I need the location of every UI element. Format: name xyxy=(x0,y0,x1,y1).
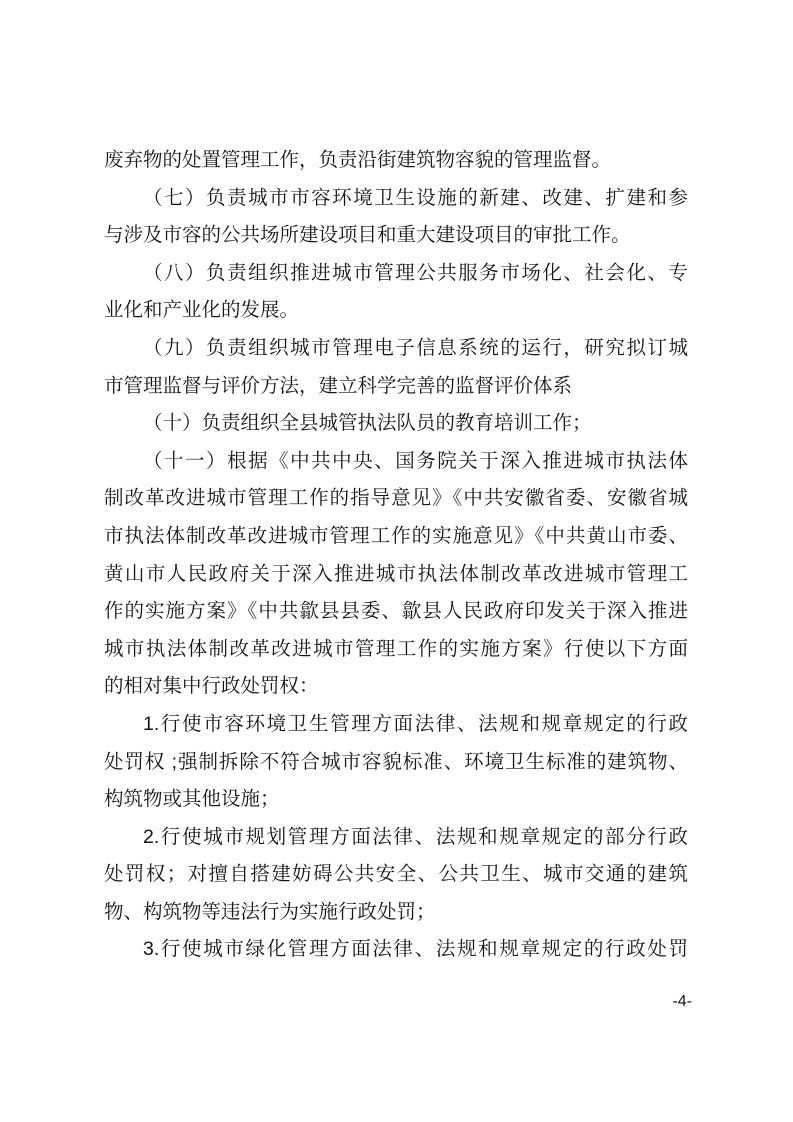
text-line: 黄山市人民政府关于深入推进城市执法体制改革改进城市管理工 xyxy=(104,556,688,594)
text-line: 构筑物或其他设施； xyxy=(104,781,688,819)
text-line: 市管理监督与评价方法，建立科学完善的监督评价体系 xyxy=(104,368,688,406)
text-line: 业化和产业化的发展。 xyxy=(104,292,688,330)
text-line: 处罚权；对擅自搭建妨碍公共安全、公共卫生、城市交通的建筑 xyxy=(104,856,688,894)
text-line: （九）负责组织城市管理电子信息系统的运行，研究拟订城 xyxy=(104,330,688,368)
text-line: （八）负责组织推进城市管理公共服务市场化、社会化、专 xyxy=(104,255,688,293)
text-line: （七）负责城市市容环境卫生设施的新建、改建、扩建和参 xyxy=(104,180,688,218)
text-line: 3.行使城市绿化管理方面法律、法规和规章规定的行政处罚 xyxy=(104,931,688,969)
text-line: 废弃物的处置管理工作，负责沿街建筑物容貌的管理监督。 xyxy=(104,142,688,180)
text-line: 市执法体制改革改进城市管理工作的实施意见》《中共黄山市委、 xyxy=(104,518,688,556)
text-line: （十）负责组织全县城管执法队员的教育培训工作； xyxy=(104,405,688,443)
text-line: 制改革改进城市管理工作的指导意见》《中共安徽省委、安徽省城 xyxy=(104,480,688,518)
document-body: 废弃物的处置管理工作，负责沿街建筑物容貌的管理监督。（七）负责城市市容环境卫生设… xyxy=(104,142,688,969)
text-line: 作的实施方案》《中共歙县县委、歙县人民政府印发关于深入推进 xyxy=(104,593,688,631)
text-line: 物、构筑物等违法行为实施行政处罚； xyxy=(104,894,688,932)
text-line: 的相对集中行政处罚权： xyxy=(104,668,688,706)
document-page: 废弃物的处置管理工作，负责沿街建筑物容貌的管理监督。（七）负责城市市容环境卫生设… xyxy=(0,0,793,1122)
text-line: （十一）根据《中共中央、国务院关于深入推进城市执法体 xyxy=(104,443,688,481)
text-line: 2.行使城市规划管理方面法律、法规和规章规定的部分行政 xyxy=(104,819,688,857)
text-line: 处罚权 ;强制拆除不符合城市容貌标准、环境卫生标准的建筑物、 xyxy=(104,744,688,782)
text-line: 与涉及市容的公共场所建设项目和重大建设项目的审批工作。 xyxy=(104,217,688,255)
page-number: -4- xyxy=(672,990,692,1014)
text-line: 城市执法体制改革改进城市管理工作的实施方案》行使以下方面 xyxy=(104,631,688,669)
text-line: 1.行使市容环境卫生管理方面法律、法规和规章规定的行政 xyxy=(104,706,688,744)
